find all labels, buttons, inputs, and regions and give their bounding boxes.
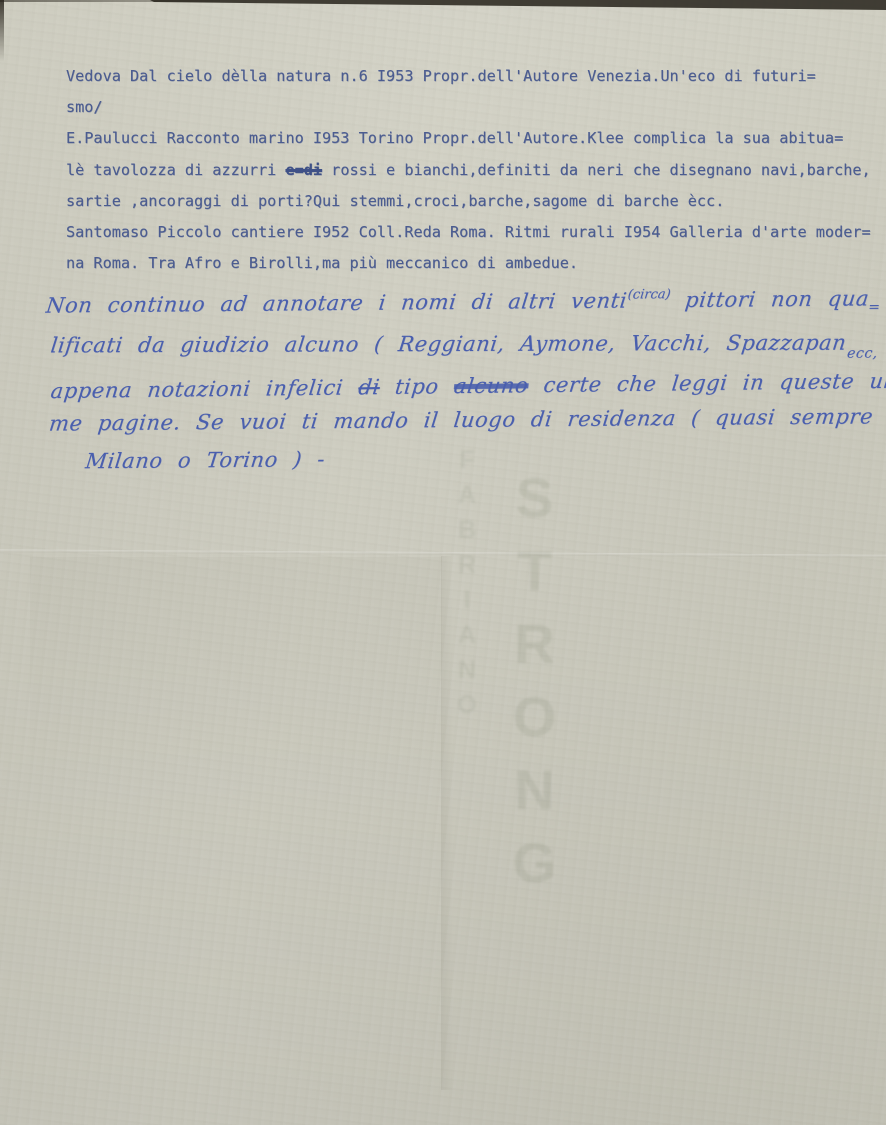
typed-text: sartie ,ancoraggi di porti?Qui stemmi,cr…: [66, 192, 724, 210]
handwritten-line-1: Non continuo ad annotare i nomi di altri…: [45, 286, 883, 317]
handwritten-line-5: Milano o Torino ) -: [84, 447, 326, 473]
typed-line-1: Vedova Dal cielo dèlla natura n.6 I953 P…: [66, 61, 866, 92]
scan-edge-left: [0, 0, 4, 62]
typed-line-5: sartie ,ancoraggi di porti?Qui stemmi,cr…: [66, 186, 866, 217]
typed-overstrike-correction: e=di: [285, 161, 322, 179]
typed-line-3: E.Paulucci Racconto marino I953 Torino P…: [66, 123, 866, 154]
scribbled-out-word: alcuno: [453, 373, 530, 398]
typed-line-4: lè tavolozza di azzurri e=di rossi e bia…: [66, 155, 866, 186]
typed-text: Santomaso Piccolo cantiere I952 Coll.Red…: [66, 223, 871, 241]
handwritten-line-2: lificati da giudizio alcuno ( Reggiani, …: [49, 330, 878, 357]
handwritten-text: appena notazioni infelici: [49, 375, 359, 403]
handwritten-line-3: appena notazioni infelici di tipo alcuno…: [49, 368, 886, 403]
insertion-circa: (circa): [627, 287, 672, 302]
handwritten-text: tipo: [379, 374, 456, 399]
typed-text-block: Vedova Dal cielo dèlla natura n.6 I953 P…: [66, 61, 866, 279]
handwritten-line-4: me pagine. Se vuoi ti mando il luogo di …: [48, 404, 875, 435]
scan-edge-top-left: [0, 0, 220, 2]
handwriting-block: Non continuo ad annotare i nomi di altri…: [42, 282, 872, 289]
letter-page: FABRIANO STRONG Vedova Dal cielo dèlla n…: [0, 0, 886, 1125]
typed-text: Vedova Dal cielo dèlla natura n.6 I953 P…: [66, 67, 816, 85]
hyphenation-mark: =: [867, 299, 881, 315]
paper-fold-shadow: [441, 556, 457, 1090]
typed-text: rossi e bianchi,definiti da neri che dis…: [322, 161, 871, 179]
struck-word: di: [357, 375, 381, 399]
typed-text: E.Paulucci Racconto marino I953 Torino P…: [66, 129, 843, 147]
handwritten-text: pittori non qua: [669, 286, 871, 312]
typed-text: na Roma. Tra Afro e Birolli,ma più mecca…: [66, 254, 578, 272]
handwritten-text: lificati da giudizio alcuno ( Reggiani, …: [49, 331, 848, 358]
typed-line-6: Santomaso Piccolo cantiere I952 Coll.Red…: [66, 217, 866, 248]
handwritten-text: Milano o Torino ) -: [84, 447, 326, 473]
typed-line-2: smo/: [66, 92, 866, 123]
handwritten-text: me pagine. Se vuoi ti mando il luogo di …: [48, 404, 875, 435]
watermark-strong: STRONG: [502, 466, 567, 904]
typed-line-7: na Roma. Tra Afro e Birolli,ma più mecca…: [66, 248, 866, 279]
handwritten-text: certe che leggi in queste ulti=: [527, 368, 886, 397]
typed-text: smo/: [66, 98, 103, 116]
handwritten-text: Non continuo ad annotare i nomi di altri…: [45, 289, 629, 318]
typed-text: lè tavolozza di azzurri: [66, 161, 285, 179]
paper-fold-shading: [30, 557, 442, 857]
trailing-abbreviation: ecc,: [846, 345, 879, 361]
